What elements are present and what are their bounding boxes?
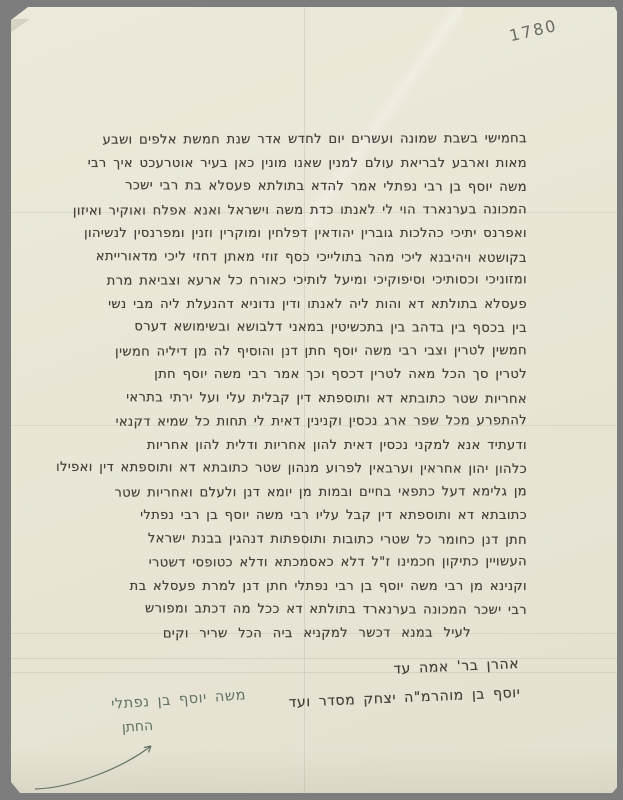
manuscript-line: חמשין לטרין וצבי רבי משה יוסף חתן דנן וה… [85, 339, 527, 364]
pencil-arrow-mark [29, 731, 164, 797]
catalog-number-pencil: 1780 [507, 16, 559, 45]
manuscript-text-block: בחמישי בשבת שמונה ועשרים יום לחדש אדר שנ… [85, 128, 527, 645]
manuscript-line: רבי ישכר המכונה בערנארד בתולתא דא ככל מה… [85, 597, 527, 622]
manuscript-line: ואפרנס יתיכי כהלכות גוברין יהודאין דפלחי… [85, 222, 527, 246]
manuscript-line: מן גלימא דעל כתפאי בחיים ובמות מן יומא ד… [85, 480, 527, 505]
manuscript-line: העשויין כתיקון חכמינו ז"ל דלא כאסמכתא וד… [85, 550, 527, 575]
manuscript-line: פעסלא בתולתא דא והות ליה לאנתו ודין נדונ… [85, 293, 527, 317]
scanned-photo-background: { "page_background_color": "#7d7d7d", "p… [0, 0, 623, 800]
manuscript-line: ודעתיד אנא למקני נכסין דאית להון אחריות … [85, 434, 527, 458]
manuscript-line: אחריות שטר כתובתא דא ותוספתא דין קבלית ע… [85, 386, 527, 411]
witness-signatures: אהרן בר' אמה עד יוסף בן מוהרמ"ה יצחק מסד… [287, 650, 521, 718]
manuscript-line: מאות וארבע לבריאת עולם למנין שאנו מונין … [85, 152, 527, 176]
manuscript-line: בין בכסף בין בדהב בין בתכשיטין במאני דלב… [85, 315, 527, 340]
manuscript-line: להתפרע מכל שפר ארג נכסין וקנינין דאית לי… [85, 409, 527, 434]
manuscript-paper-sheet: 1780 בחמישי בשבת שמונה ועשרים יום לחדש א… [11, 7, 617, 793]
manuscript-line: ומזוניכי וכסותיכי וסיפוקיכי ומיעל לותיכי… [85, 268, 527, 293]
manuscript-line: חתן דנן כחומר כל שטרי כתובות ותוספתות דנ… [85, 527, 527, 552]
manuscript-line: כתובתא דא ותוספתא דין קבל עליו רבי משה י… [85, 504, 527, 528]
manuscript-line: כלהון יהון אחראין וערבאין לפרוע מנהון שט… [85, 456, 527, 481]
manuscript-closing-line: לעיל במנא דכשר למקניא ביה הכל שריר וקים [85, 621, 527, 646]
manuscript-line: המכונה בערנארד הוי לי לאנתו כדת משה וישר… [85, 198, 527, 223]
manuscript-line: וקנינא מן רבי משה יוסף בן רבי נפתלי חתן … [85, 575, 527, 599]
manuscript-line: בקושטא ויהיבנא ליכי מהר בתולייכי כסף זוז… [85, 245, 527, 270]
manuscript-line: משה יוסף בן רבי נפתלי אמר להדא בתולתא פע… [85, 174, 527, 199]
manuscript-line: בחמישי בשבת שמונה ועשרים יום לחדש אדר שנ… [85, 127, 527, 152]
manuscript-line: לטרין סך הכל מאה לטרין דכסף וכך אמר רבי … [85, 363, 527, 387]
folded-corner [11, 19, 30, 32]
